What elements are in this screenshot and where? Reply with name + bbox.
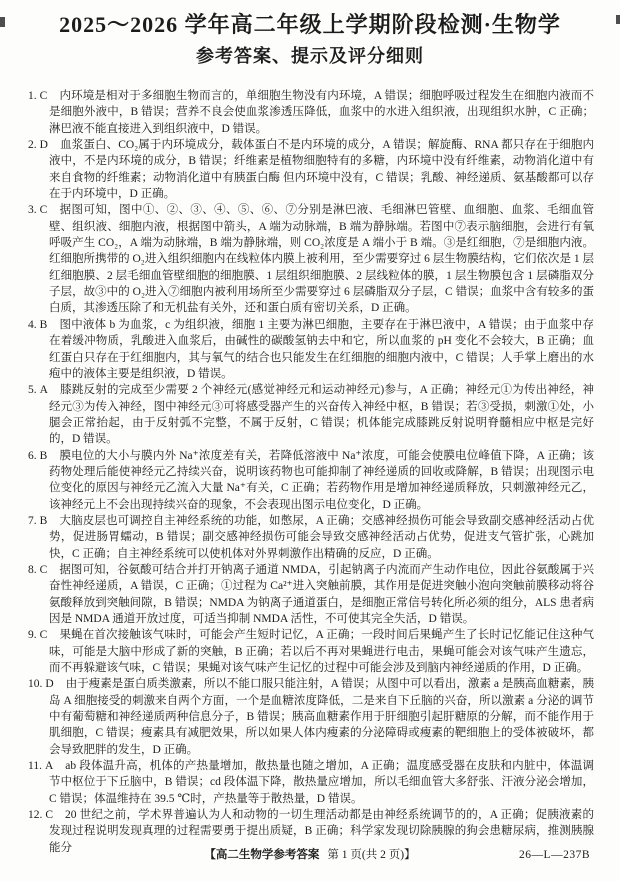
answer-item-5: 5.A膝跳反射的完成至少需要 2 个神经元(感觉神经元和运动神经元)参与，A 正… bbox=[28, 382, 594, 447]
footer-page-number: 第 1 页(共 2 页)】 bbox=[319, 849, 415, 861]
item-number: 9. bbox=[28, 629, 37, 641]
item-answer: D bbox=[42, 678, 65, 690]
item-number: 2. bbox=[28, 139, 37, 151]
item-answer: C bbox=[37, 204, 60, 216]
item-answer: C bbox=[42, 809, 65, 821]
item-answer: B bbox=[37, 319, 60, 331]
item-text: 内环境是相对于多细胞生物而言的，单细胞生物没有内环境，A 错误；细胞呼吸过程发生… bbox=[49, 90, 594, 135]
item-text: 血浆蛋白、CO₂属于内环境成分，载体蛋白不是内环境的成分，A 错误；解旋酶、RN… bbox=[49, 139, 594, 200]
item-answer: C bbox=[37, 629, 60, 641]
page-footer: 【高二生物学参考答案第 1 页(共 2 页)】 26—L—237B bbox=[0, 847, 620, 863]
item-text: 膝跳反射的完成至少需要 2 个神经元(感觉神经元和运动神经元)参与，A 正确；神… bbox=[49, 384, 594, 445]
item-text: 据图可知，图中①、②、③、④、⑤、⑥、⑦分别是淋巴液、毛细淋巴管壁、血细胞、血浆… bbox=[49, 204, 594, 314]
item-text: 膜电位的大小与膜内外 Na⁺浓度差有关，若降低溶液中 Na⁺浓度，可能会使膜电位… bbox=[49, 450, 594, 511]
answer-item-7: 7.B大脑皮层也可调控自主神经系统的功能，如憋尿，A 正确；交感神经损伤可能会导… bbox=[28, 513, 594, 562]
answer-item-3: 3.C据图可知，图中①、②、③、④、⑤、⑥、⑦分别是淋巴液、毛细淋巴管壁、血细胞… bbox=[28, 202, 594, 316]
item-text: 图中液体 b 为血浆，c 为组织液，细胞 1 主要为淋巴细胞，主要存在于淋巴液中… bbox=[49, 319, 594, 380]
item-answer: A bbox=[42, 760, 65, 772]
item-number: 4. bbox=[28, 319, 37, 331]
footer-book-title: 【高二生物学参考答案 bbox=[204, 849, 319, 861]
answer-item-10: 10.D由于瘦素是蛋白质类激素，所以不能口服只能注射，A 错误；从图中可以看出，… bbox=[28, 676, 594, 758]
item-text: 由于瘦素是蛋白质类激素，所以不能口服只能注射，A 错误；从图中可以看出，激素 a… bbox=[49, 678, 594, 755]
item-answer: C bbox=[37, 90, 60, 102]
item-answer: D bbox=[37, 139, 60, 151]
item-answer: B bbox=[37, 450, 60, 462]
scan-artifact-right bbox=[616, 15, 620, 24]
answer-item-8: 8.C据图可知，谷氨酸可结合并打开钠离子通道 NMDA，引起钠离子内流而产生动作… bbox=[28, 562, 594, 627]
item-number: 6. bbox=[28, 450, 37, 462]
exam-subtitle: 参考答案、提示及评分细则 bbox=[10, 44, 610, 68]
answer-item-11: 11.Aab 段体温升高，机体的产热量增加，散热量也随之增加，A 正确；温度感受… bbox=[28, 758, 594, 807]
answer-item-1: 1.C内环境是相对于多细胞生物而言的，单细胞生物没有内环境，A 错误；细胞呼吸过… bbox=[28, 88, 594, 137]
item-number: 8. bbox=[28, 564, 37, 576]
item-number: 10. bbox=[28, 678, 42, 690]
item-answer: A bbox=[37, 384, 60, 396]
item-text: 大脑皮层也可调控自主神经系统的功能，如憋尿，A 正确；交感神经损伤可能会导致副交… bbox=[49, 515, 594, 560]
item-answer: C bbox=[37, 564, 60, 576]
answer-item-6: 6.B膜电位的大小与膜内外 Na⁺浓度差有关，若降低溶液中 Na⁺浓度，可能会使… bbox=[28, 448, 594, 513]
answer-sheet-page: 2025～2026 学年高二年级上学期阶段检测·生物学 参考答案、提示及评分细则… bbox=[0, 0, 620, 881]
answers-list: 1.C内环境是相对于多细胞生物而言的，单细胞生物没有内环境，A 错误；细胞呼吸过… bbox=[28, 88, 594, 856]
item-text: 据图可知，谷氨酸可结合并打开钠离子通道 NMDA，引起钠离子内流而产生动作电位，… bbox=[49, 564, 594, 625]
answer-item-2: 2.D血浆蛋白、CO₂属于内环境成分，载体蛋白不是内环境的成分，A 错误；解旋酶… bbox=[28, 137, 594, 202]
item-number: 12. bbox=[28, 809, 42, 821]
scan-artifact-left bbox=[0, 17, 5, 27]
item-answer: B bbox=[37, 515, 60, 527]
item-number: 5. bbox=[28, 384, 37, 396]
item-number: 11. bbox=[28, 760, 42, 772]
item-text: ab 段体温升高，机体的产热量增加，散热量也随之增加，A 正确；温度感受器在皮肤… bbox=[49, 760, 594, 805]
answer-item-9: 9.C果蝇在首次接触该气味时，可能会产生短时记忆，A 正确；一段时间后果蝇产生了… bbox=[28, 627, 594, 676]
item-text: 果蝇在首次接触该气味时，可能会产生短时记忆，A 正确；一段时间后果蝇产生了长时记… bbox=[49, 629, 594, 674]
item-number: 1. bbox=[28, 90, 37, 102]
exam-title: 2025～2026 学年高二年级上学期阶段检测·生物学 bbox=[10, 11, 610, 39]
answer-item-4: 4.B图中液体 b 为血浆，c 为组织液，细胞 1 主要为淋巴细胞，主要存在于淋… bbox=[28, 317, 594, 382]
paper-code: 26—L—237B bbox=[519, 847, 590, 863]
item-number: 3. bbox=[28, 204, 37, 216]
item-number: 7. bbox=[28, 515, 37, 527]
